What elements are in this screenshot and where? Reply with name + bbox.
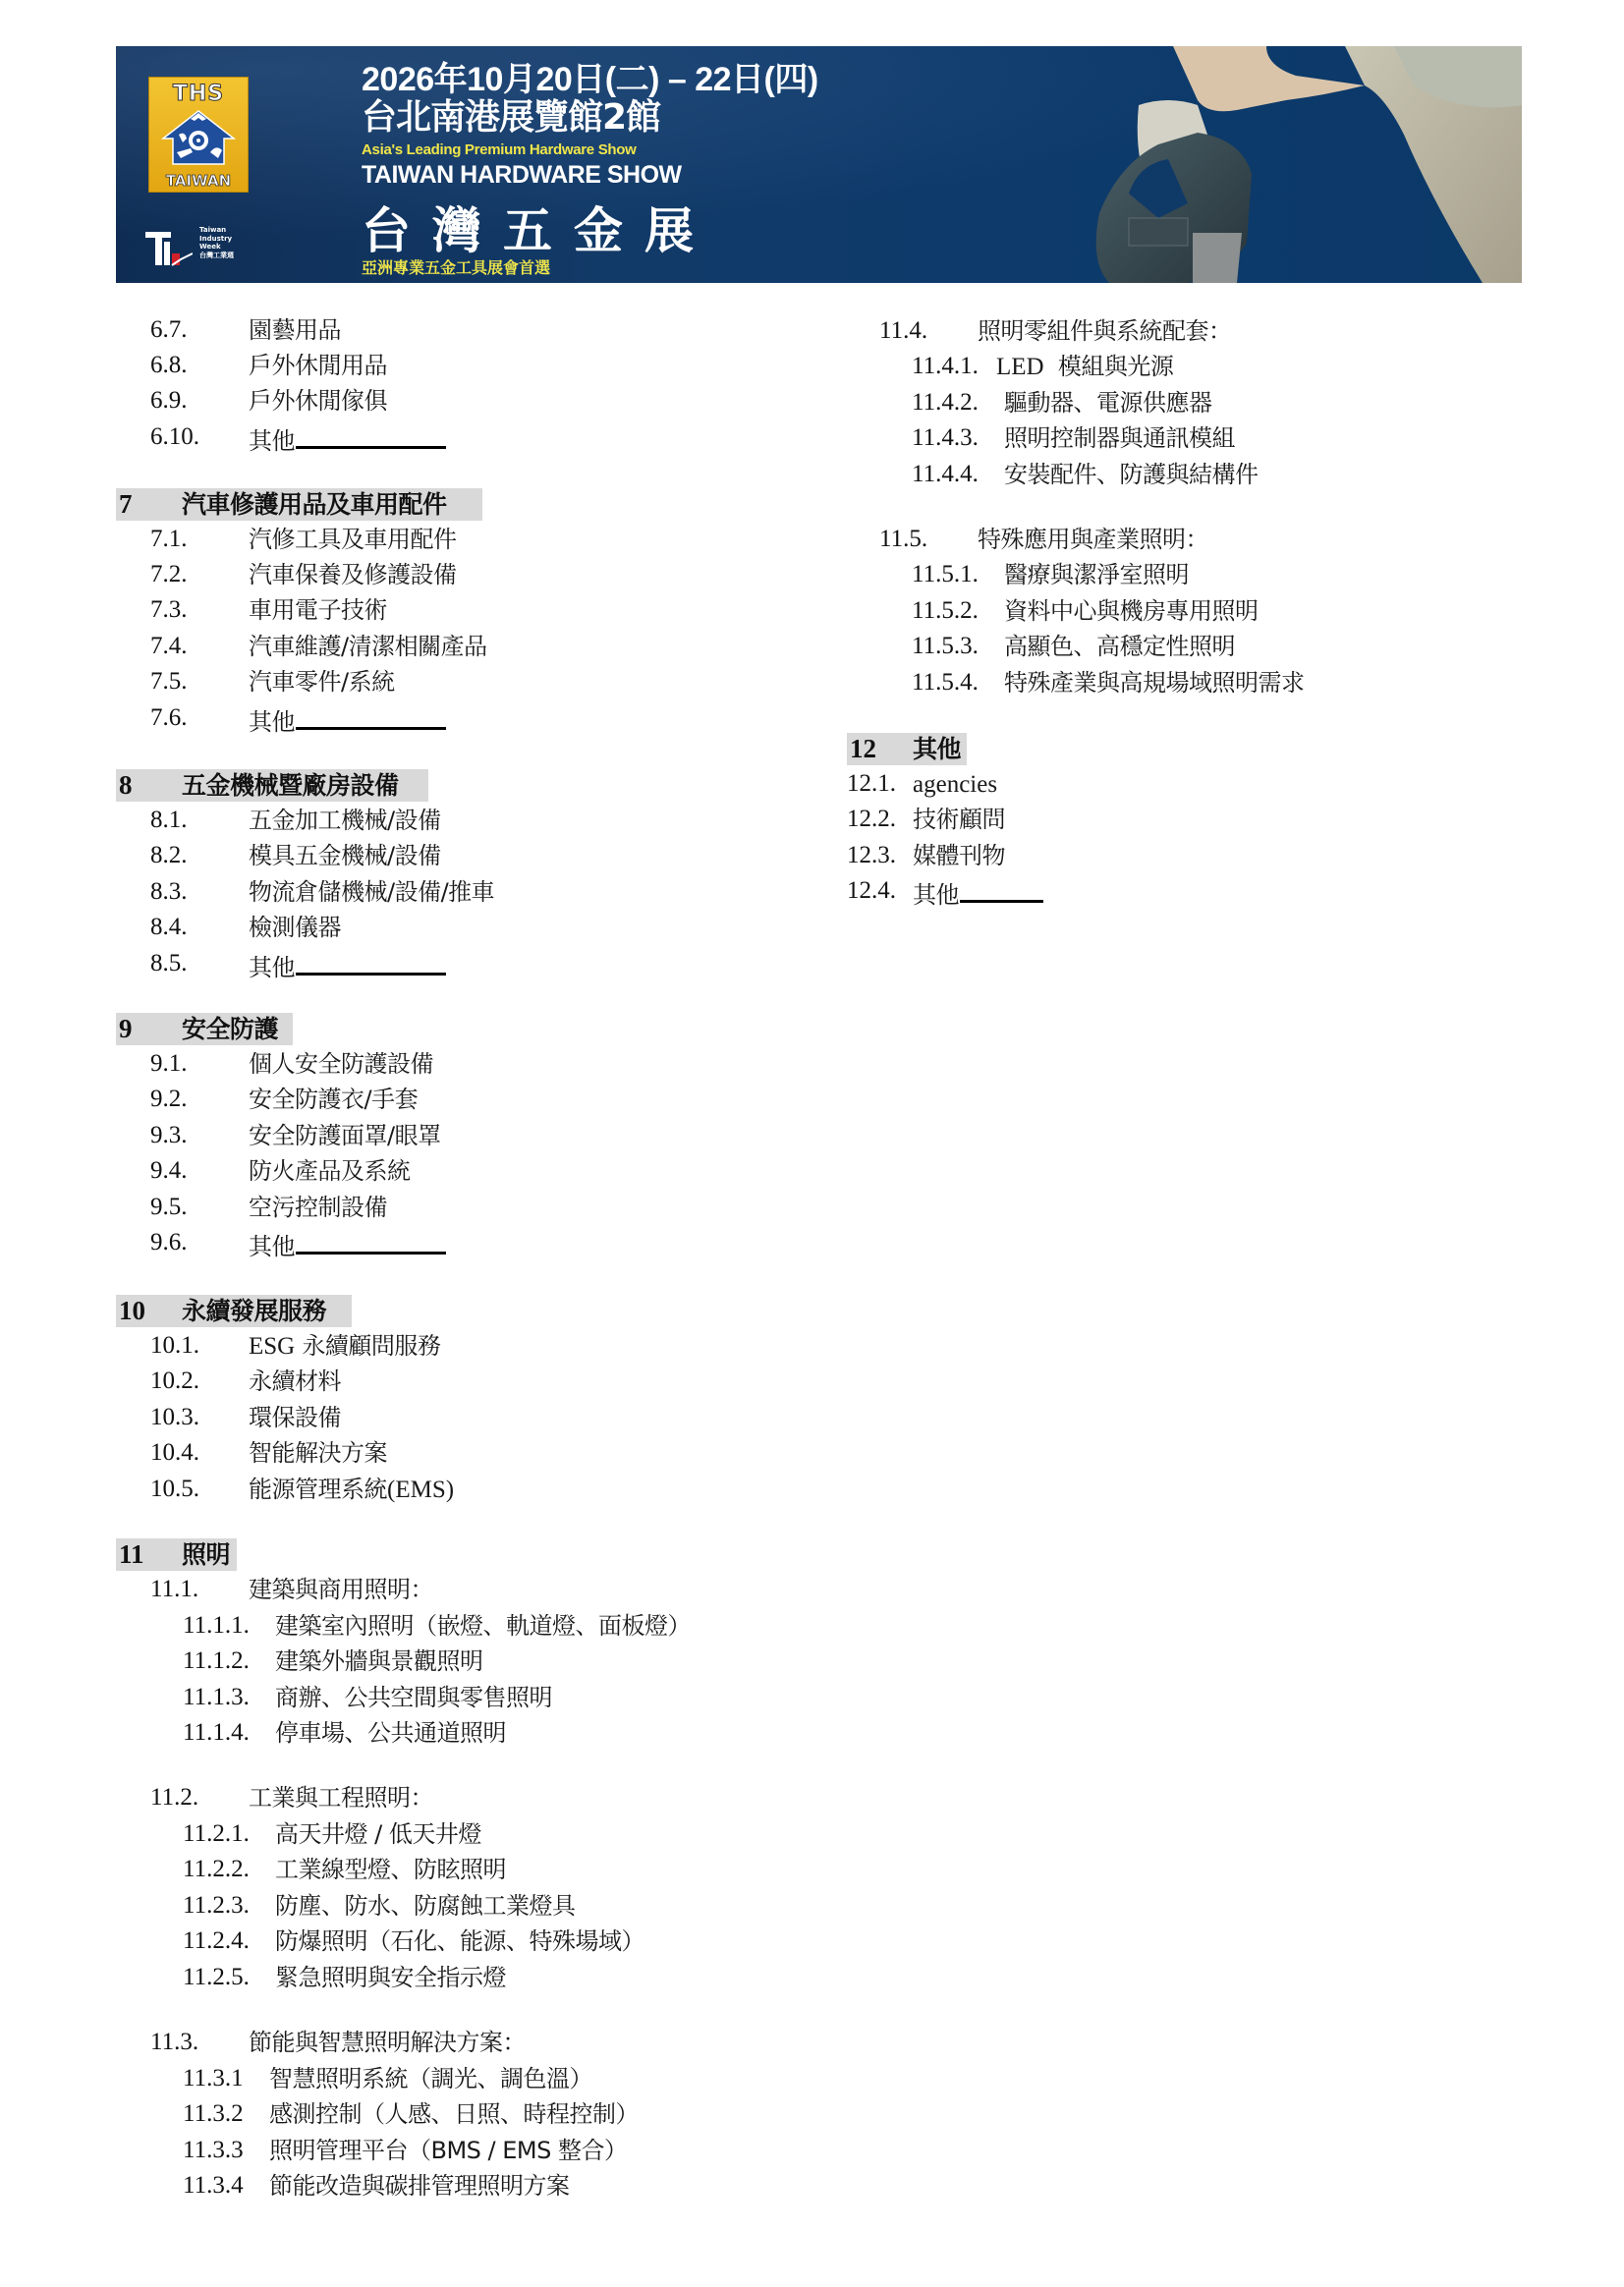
item-number: 11.1.2. [183,1646,250,1676]
item-label: 防塵、防水、防腐蝕工業燈具 [275,1891,576,1921]
other-label: 其他 [249,708,295,736]
item-number: 11.5.3. [912,632,979,661]
item-label: 節能改造與碳排管理照明方案 [269,2171,570,2201]
item-label: 照明零組件與系統配套： [978,316,1232,346]
item-label: 建築外牆與景觀照明 [275,1646,483,1676]
item-number: 8.5. [150,949,188,978]
item-number: 11.5. [879,525,927,554]
item-label: 其他 [249,703,446,737]
item-number: 11.2.4. [183,1926,250,1956]
item-label: 模具五金機械/設備 [249,841,441,870]
item-label: 建築室內照明（嵌燈、軌道燈、面板燈） [275,1611,691,1641]
other-label: 其他 [913,881,959,909]
section-title: 其他 [913,733,961,765]
tiw-cn: 台灣工業週 [199,251,234,260]
item-label: 安全防護衣/手套 [249,1085,418,1114]
item-label: 其他 [913,876,1043,910]
fill-in-blank[interactable] [960,876,1043,903]
item-label: 特殊應用與產業照明： [978,525,1208,554]
item-number: 11.4.3. [912,423,979,453]
item-number: 8.4. [150,913,188,942]
taiwan-industry-week-logo: Taiwan Industry Week 台灣工業週 [145,226,253,271]
item-label: 其他 [249,949,446,982]
fill-in-blank[interactable] [296,422,446,449]
item-label: 建築與商用照明： [249,1575,433,1604]
item-number: 7.5. [150,667,188,697]
item-label: 資料中心與機房專用照明 [1004,596,1259,626]
item-number: 6.9. [150,386,188,416]
item-label: 節能與智慧照明解決方案： [249,2028,526,2057]
item-label: 永續材料 [249,1367,341,1396]
item-number: 7.1. [150,525,188,554]
item-label: 智能解決方案 [249,1438,387,1468]
item-number: 8.2. [150,841,188,870]
section-number: 11 [119,1538,144,1571]
item-label: 防爆照明（石化、能源、特殊場域） [275,1926,644,1956]
item-number: 11.2.2. [183,1855,250,1884]
item-number: 11.2.3. [183,1891,250,1921]
item-number: 11.3.2 [183,2099,244,2129]
event-banner: THS TAIWAN Taiwan Industry Week 台灣工業週 20… [116,46,1522,283]
item-number: 11.4.4. [912,460,979,489]
item-number: 8.1. [150,806,188,835]
item-label: 工業與工程照明： [249,1783,433,1813]
item-label: 個人安全防護設備 [249,1049,433,1079]
item-label: 驅動器、電源供應器 [1004,388,1212,418]
item-number: 9.5. [150,1193,188,1222]
fill-in-blank[interactable] [296,703,446,730]
item-number: 9.1. [150,1049,188,1079]
tiw-logo-text: Taiwan Industry Week 台灣工業週 [199,226,234,259]
item-label: agencies [913,769,997,800]
item-number: 11.5.4. [912,668,979,697]
item-number: 7.6. [150,703,188,733]
tiw-line1: Taiwan [199,226,234,235]
item-label: ESG 永續顧問服務 [249,1331,440,1362]
other-label: 其他 [249,954,295,981]
section-number: 8 [119,769,133,802]
ths-logo-top-text: THS [149,82,248,106]
item-number: 12.2. [847,805,896,834]
fill-in-blank[interactable] [296,1228,446,1255]
item-label: 其他 [249,422,446,456]
item-label: 安裝配件、防護與結構件 [1004,460,1259,489]
ths-logo-bottom-text: TAIWAN [149,172,248,190]
item-label: 商辦、公共空間與零售照明 [275,1683,552,1712]
item-number: 9.2. [150,1085,188,1114]
other-label: 其他 [249,1233,295,1260]
house-tools-icon [161,109,236,166]
item-label: 檢測儀器 [249,913,341,942]
section-title: 照明 [182,1538,230,1571]
item-label: 高天井燈 / 低天井燈 [275,1819,481,1849]
item-label: 工業線型燈、防眩照明 [275,1855,506,1884]
section-title: 五金機械暨廠房設備 [182,769,399,802]
item-number: 11.4.2. [912,388,979,418]
item-number: 11.1.3. [183,1683,250,1712]
item-label-latin: ESG [249,1333,295,1360]
tiw-line2: Industry [199,235,234,244]
item-label: 技術顧問 [913,805,1005,834]
item-label-latin: agencies [913,771,997,798]
section-title: 汽車修護用品及車用配件 [182,488,447,521]
power-tool-photo [972,46,1522,283]
item-label: 戶外休閒傢俱 [249,386,387,416]
item-number: 8.3. [150,877,188,907]
item-label: 汽車保養及修護設備 [249,560,457,589]
section-header-9: 9 安全防護 [116,1013,293,1045]
item-number: 11.1.1. [183,1611,250,1641]
item-label: 醫療與潔淨室照明 [1004,560,1189,589]
item-label: 安全防護面罩/眼罩 [249,1121,441,1150]
section-header-7: 7 汽車修護用品及車用配件 [116,488,482,521]
item-label: 防火產品及系統 [249,1156,411,1186]
event-title-cn: 台灣五金展 [362,192,715,262]
item-number: 12.3. [847,841,896,870]
section-header-11: 11 照明 [116,1538,237,1571]
item-label: 園藝用品 [249,315,341,345]
item-number: 9.4. [150,1156,188,1186]
item-number: 11.5.1. [912,560,979,589]
item-label: 智慧照明系統（調光、調色溫） [269,2064,592,2093]
section-number: 12 [850,733,876,765]
item-number: 9.6. [150,1228,188,1257]
item-label: 汽車維護/清潔相關產品 [249,632,487,661]
item-number: 11.1. [150,1575,198,1604]
item-number: 6.10. [150,422,199,452]
section-title: 安全防護 [182,1013,278,1045]
item-number: 11.3. [150,2028,198,2057]
event-tagline: Asia's Leading Premium Hardware Show [362,141,637,158]
item-number: 11.4.1. [912,352,979,381]
item-number: 7.2. [150,560,188,589]
event-subtitle-cn: 亞洲專業五金工具展會首選 [362,255,550,278]
item-number: 11.4. [879,316,927,346]
item-label: 緊急照明與安全指示燈 [275,1963,506,1992]
section-header-8: 8 五金機械暨廠房設備 [116,769,428,802]
item-number: 6.7. [150,315,188,345]
item-label: 停車場、公共通道照明 [275,1718,506,1748]
item-number: 11.3.3 [183,2136,244,2165]
item-label: 車用電子技術 [249,595,387,625]
item-number: 10.3. [150,1403,199,1432]
item-number: 11.3.4 [183,2171,244,2201]
item-label: 其他 [249,1228,446,1261]
item-number: 11.2. [150,1783,198,1813]
item-number: 11.2.1. [183,1819,250,1849]
item-label: 感測控制（人感、日照、時程控制） [269,2099,639,2129]
item-label-cn: 模組與光源 [1044,353,1174,380]
fill-in-blank[interactable] [296,949,446,976]
item-label: 媒體刊物 [913,841,1005,870]
section-number: 9 [119,1013,133,1045]
section-header-12: 12 其他 [847,733,967,765]
item-label: 環保設備 [249,1403,341,1432]
section-header-10: 10 永續發展服務 [116,1295,352,1327]
item-label: 照明控制器與通訊模組 [1004,423,1235,453]
item-number: 11.1.4. [183,1718,250,1748]
ths-taiwan-logo: THS TAIWAN [148,77,249,193]
other-label: 其他 [249,427,295,455]
tiw-line3: Week [199,243,234,251]
item-label: 五金加工機械/設備 [249,806,441,835]
item-number: 12.1. [847,769,896,799]
item-label: 照明管理平台（BMS / EMS 整合） [269,2136,627,2165]
item-number: 6.8. [150,351,188,380]
item-number: 10.4. [150,1438,199,1468]
item-label: 汽車零件/系統 [249,667,395,697]
item-label-latin: (EMS) [387,1477,454,1503]
item-label: 特殊產業與高規場域照明需求 [1004,668,1305,697]
item-label: 高顯色、高穩定性照明 [1004,632,1235,661]
item-number: 10.1. [150,1331,199,1361]
item-number: 7.4. [150,632,188,661]
item-label: 能源管理系統(EMS) [249,1475,454,1505]
item-number: 11.3.1 [183,2064,244,2093]
item-number: 11.2.5. [183,1963,250,1992]
item-number: 7.3. [150,595,188,625]
item-label-cn: 永續顧問服務 [295,1332,440,1360]
item-number: 10.5. [150,1475,199,1504]
event-title-en: TAIWAN HARDWARE SHOW [362,161,682,190]
item-label: 空污控制設備 [249,1193,387,1222]
tiw-mark-icon [145,230,193,267]
item-label: LED 模組與光源 [996,352,1173,382]
item-number: 10.2. [150,1367,199,1396]
item-label-latin: LED [996,354,1044,380]
item-number: 12.4. [847,876,896,906]
section-number: 10 [119,1295,145,1327]
section-title: 永續發展服務 [182,1295,326,1327]
item-label: 汽修工具及車用配件 [249,525,457,554]
item-label: 物流倉儲機械/設備/推車 [249,877,494,907]
item-label-cn: 能源管理系統 [249,1476,387,1503]
event-venue: 台北南港展覽館2館 [362,89,660,139]
item-number: 9.3. [150,1121,188,1150]
item-number: 11.5.2. [912,596,979,626]
item-label: 戶外休閒用品 [249,351,387,380]
section-number: 7 [119,488,133,521]
